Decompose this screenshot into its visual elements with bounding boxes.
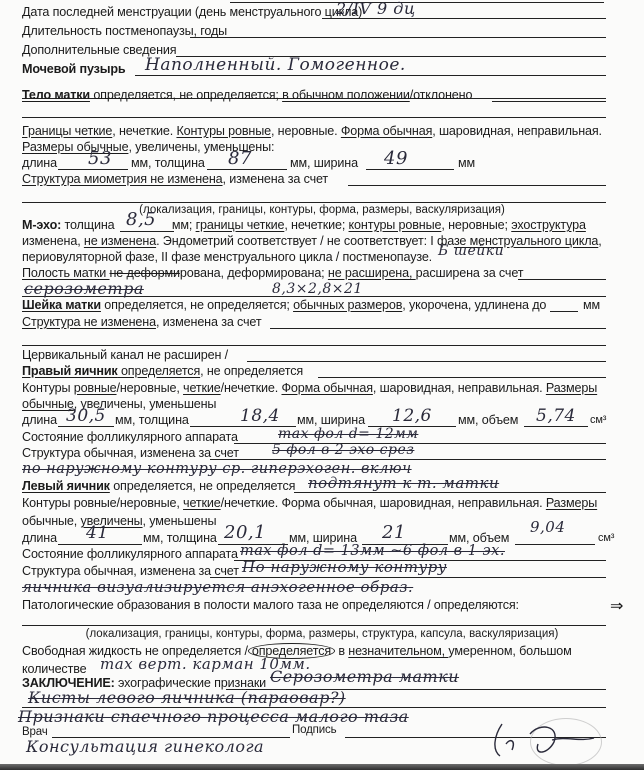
- lo-length-value: 41: [86, 524, 109, 542]
- m-echo-thickness-label: толщина: [61, 218, 114, 232]
- ro-contours-g: , шаровидная, неправильная.: [373, 381, 546, 395]
- endometrium-not-changed: не изменена: [84, 234, 156, 248]
- right-ovary-title: Правый яичник: [22, 364, 118, 378]
- uterus-borders-rest: , нечеткие.: [112, 124, 176, 138]
- cavity-not-deformed: не деформи: [110, 266, 180, 280]
- fluid-quantity-label: количестве: [22, 662, 86, 676]
- ro-cm3-text: см³: [590, 414, 606, 426]
- uterus-shape-rest: , шаровидная, неправильная.: [432, 124, 602, 138]
- uterus-sizes-rest: , увеличены, уменьшены:: [128, 140, 274, 154]
- right-ovary-detect-rest: , не определяется: [200, 364, 303, 378]
- ro-mm-thickness: мм, толщина: [115, 413, 189, 428]
- conclusion-hw-1: Серозометра матки: [270, 668, 459, 686]
- fluid-label-c: в: [335, 644, 348, 658]
- ro-contours-clear: четкие: [183, 381, 221, 395]
- endometrium-a: изменена,: [22, 234, 84, 248]
- cervix-mm-text: мм: [583, 298, 600, 312]
- endometrium-note: Б шейки: [438, 242, 504, 260]
- uterus-detect: определяется: [93, 88, 172, 102]
- uterus-thickness-value: 87: [228, 150, 252, 168]
- cavity-field[interactable]: [518, 279, 606, 280]
- lo-sizes: Размеры: [546, 496, 597, 510]
- cervix-structure-field-2[interactable]: [22, 345, 606, 346]
- postmenopause-label: Длительность постменопаузы, годы: [22, 24, 227, 38]
- ro-length-label: длина: [22, 413, 57, 427]
- right-ovary-detect: определяется: [118, 364, 201, 378]
- left-ovary-hw: подтянут к т. матки: [308, 474, 499, 492]
- ro-contours-a: Контуры: [22, 381, 74, 395]
- uterus-sizes: Размеры обычные: [22, 140, 128, 154]
- bladder-field[interactable]: [135, 75, 606, 76]
- lo-mm-thickness: мм, толщина: [143, 531, 217, 546]
- conclusion-hw-2: Кисты левого яичника (параовар?): [28, 689, 346, 707]
- uterus-width-value: 49: [384, 150, 408, 168]
- bladder-label: Мочевой пузырь: [22, 62, 126, 76]
- uterus-mm-unit: мм: [458, 156, 488, 171]
- myometrium-status: Структура миометрия не изменена: [22, 172, 223, 186]
- uterus-extra-field[interactable]: [22, 117, 606, 118]
- ro-contours-even: ровные: [74, 381, 117, 395]
- lo-length-field[interactable]: [58, 544, 142, 545]
- ro-volume-field[interactable]: [524, 426, 588, 427]
- m-echo-borders: границы четкие: [196, 218, 285, 232]
- cervix-normal-size: обычных размеров: [293, 298, 402, 312]
- m-echo-rest-c: , неровные;: [441, 218, 511, 232]
- uterus-borders-row: Границы четкие, нечеткие. Контуры ровные…: [22, 124, 614, 139]
- m-echo-contours: контуры ровные: [349, 218, 442, 232]
- right-ovary-contours-row: Контуры ровные/неровные, четкие/нечеткие…: [22, 381, 614, 396]
- cervical-canal-label: Цервикальный канал не расширен /: [22, 348, 228, 362]
- uterus-position-rest: /отклонено: [410, 88, 473, 102]
- arrow-icon: ⇒: [610, 596, 623, 616]
- cavity-c: рована, деформирована;: [180, 266, 328, 280]
- ultrasound-report-form: Дата последней менструации (день менстру…: [0, 0, 644, 770]
- m-echo-thickness-value: 8,5: [126, 211, 156, 229]
- cervix-row: Шейка матки определяется, не определяетс…: [22, 298, 614, 313]
- right-ovary-field[interactable]: [318, 377, 606, 378]
- lmp-value: 2/IV 9 дц: [336, 0, 416, 18]
- signature-scribble-icon: [490, 716, 610, 764]
- lo-sizes-c: , уменьшены: [143, 514, 217, 528]
- conclusion-hw-4: Консультация гинеколога: [26, 738, 264, 756]
- ro-volume-value: 5,74: [536, 407, 576, 425]
- ro-mm3: мм, объем: [458, 413, 518, 427]
- left-ovary-field[interactable]: [294, 492, 606, 493]
- cervix-title: Шейка матки: [22, 298, 101, 312]
- lo-thickness-value: 20,1: [224, 524, 266, 542]
- uterus-caption: (локализация, границы, контуры, форма, р…: [0, 204, 644, 217]
- m-echo-row: М-эхо: толщина мм; границы четкие, нечет…: [22, 218, 614, 233]
- conclusion-hw-3: Признаки спаечного процесса малого таза: [18, 708, 409, 726]
- ro-contours-c: /неровные,: [117, 381, 184, 395]
- lo-sizes-a: обычные,: [22, 514, 81, 528]
- ro-mm1: мм, толщина: [115, 413, 189, 427]
- ro-length-field[interactable]: [58, 426, 114, 427]
- cavity-hw-2: 8,3×2,8×21: [272, 280, 363, 298]
- m-echo-title: М-эхо:: [22, 218, 61, 232]
- myometrium-rest: , изменена за счет: [223, 172, 329, 186]
- lo-volume-field[interactable]: [515, 544, 595, 545]
- cervix-c: , укорочена, удлинена до: [402, 298, 546, 312]
- uterus-title: Тело матки: [22, 88, 90, 102]
- lo-structure-label: Структура обычная, изменена за счет: [22, 564, 239, 578]
- cervical-canal-field[interactable]: [247, 361, 606, 362]
- endometrium-c: . Эндометрий соответствует / не соответс…: [156, 234, 454, 248]
- cavity-label: Полость матки: [22, 266, 110, 280]
- pathology-caption: (локализация, границы, контуры, форма, р…: [0, 628, 644, 641]
- uterus-deviation-field[interactable]: [492, 101, 606, 102]
- ro-structure-value: 5 фол в 2 эхо срез: [272, 441, 414, 459]
- cervix-structure: Структура не изменена: [22, 315, 156, 329]
- ro-length-value: 30,5: [66, 407, 106, 425]
- uterus-mm-thickness: мм, толщина: [131, 156, 205, 170]
- m-echo-thickness-field[interactable]: [120, 231, 174, 232]
- cavity-hw-1: серозометра: [24, 280, 144, 298]
- scan-edge: [0, 764, 644, 770]
- lo-follicular-label: Состояние фолликулярного аппарата: [22, 547, 238, 561]
- lo-mm1: мм, толщина: [143, 531, 217, 545]
- myometrium-field[interactable]: [348, 185, 606, 186]
- cervix-a: определяется, не определяется;: [101, 298, 293, 312]
- top-line: [230, 2, 604, 3]
- ro-cm3: см³: [590, 413, 606, 428]
- lo-structure-value: По наружному контуру: [242, 558, 447, 576]
- lo-contours-clear: четкие: [183, 496, 221, 510]
- uterus-length-label: длина: [22, 156, 57, 170]
- fluid-insignificant: незначительном,: [348, 644, 448, 658]
- lo-cm3-text: см³: [598, 532, 614, 544]
- signature-label: Подпись: [292, 724, 336, 736]
- uterus-thickness-field[interactable]: [207, 169, 287, 170]
- signature-row: Подпись: [292, 723, 336, 738]
- uterus-contours-rest: , неровные.: [271, 124, 341, 138]
- bladder-value: Наполненный. Гомогенное.: [145, 56, 406, 74]
- ro-follicular-label: Состояние фолликулярного аппарата: [22, 430, 238, 444]
- uterus-mm-width: мм, ширина: [290, 156, 358, 170]
- ro-mm-volume: мм, объем: [458, 413, 518, 428]
- uterus-contours: Контуры ровные: [176, 124, 271, 138]
- uterus-position: в обычном положении: [282, 88, 410, 102]
- ro-sizes: Размеры: [546, 381, 597, 395]
- cervix-mm: мм: [583, 298, 600, 313]
- lo-volume-value: 9,04: [530, 518, 565, 536]
- left-ovary-detect: определяется, не определяется: [110, 479, 295, 493]
- cervix-structure-rest: , изменена за счет: [156, 315, 262, 329]
- pathology-field[interactable]: [22, 625, 606, 626]
- uterus-length-value: 53: [88, 150, 112, 168]
- endometrium-line3: периовуляторной фазе, II фазе менструаль…: [22, 250, 432, 264]
- endometrium-row: изменена, не изменена. Эндометрий соотве…: [22, 234, 614, 249]
- ro-width-value: 12,6: [392, 407, 432, 425]
- ro-thickness-value: 18,4: [240, 407, 280, 425]
- endometrium-row-2: периовуляторной фазе, II фазе менструаль…: [22, 250, 488, 265]
- m-echo-echostructure: эхоструктура: [511, 218, 586, 232]
- pathology-label: Патологические образования в полости мал…: [22, 598, 519, 612]
- lo-contours-c: /нечеткие. Форма обычная, шаровидная, не…: [221, 496, 546, 510]
- lo-width-value: 21: [382, 524, 406, 542]
- ro-shape-normal: Форма обычная: [281, 381, 372, 395]
- lo-contours-row: Контуры ровные/неровные, четкие/нечеткие…: [22, 496, 614, 511]
- uterus-borders: Границы четкие: [22, 124, 112, 138]
- postmenopause-field[interactable]: [190, 37, 606, 38]
- uterus-width-field[interactable]: [366, 169, 454, 170]
- pathology-row: Патологические образования в полости мал…: [22, 598, 624, 613]
- lmp-field[interactable]: [322, 18, 606, 19]
- fluid-label-e: умеренном, большом: [448, 644, 571, 658]
- lo-length-label: длина: [22, 531, 57, 545]
- lo-structure-value-2: яичника визуализируется анэхогенное обра…: [22, 578, 413, 596]
- uterus-detect-row: Тело матки определяется, не определяется…: [22, 88, 488, 103]
- uterus-shape: Форма обычная: [341, 124, 432, 138]
- endometrium-e: ,: [598, 234, 601, 248]
- cervix-structure-field[interactable]: [270, 328, 606, 329]
- cervix-length-field[interactable]: [550, 311, 578, 312]
- cavity-dilated-due: расширена за счет: [416, 266, 524, 280]
- uterus-mm-unit-text: мм: [458, 156, 475, 170]
- ro-contours-e: /нечеткие.: [221, 381, 282, 395]
- uterus-length-field[interactable]: [58, 169, 128, 170]
- left-ovary-title: Левый яичник: [22, 479, 110, 493]
- myometrium-field-2[interactable]: [22, 202, 606, 203]
- lo-cm3: см³: [598, 531, 614, 546]
- m-echo-mm: мм;: [169, 218, 196, 232]
- m-echo-rest-b: , нечеткие;: [284, 218, 348, 232]
- lo-contours-a: Контуры ровные/неровные,: [22, 496, 183, 510]
- lmp-label: Дата последней менструации (день менстру…: [22, 5, 362, 19]
- ro-structure-label: Структура обычная, изменена за счет: [22, 446, 239, 460]
- cavity-not-dilated: не расширена,: [328, 266, 416, 280]
- uterus-detect-rest: , не определяется;: [173, 88, 283, 102]
